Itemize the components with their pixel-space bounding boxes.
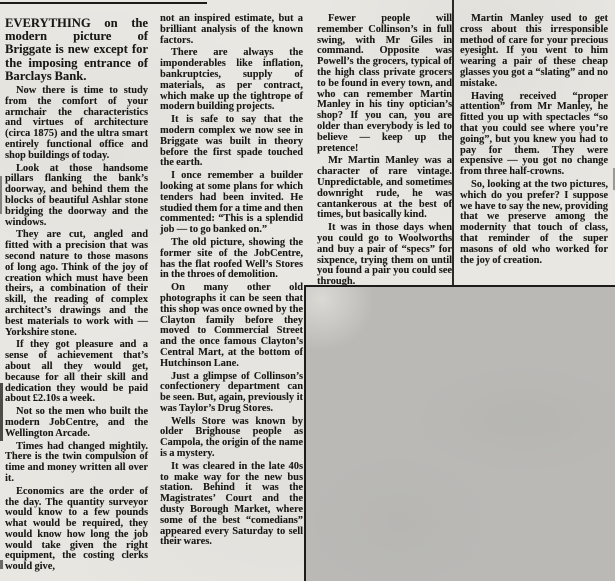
paragraph: On many other old photographs it can be … [160, 283, 303, 369]
lead-paragraph: EVERYTHING on the modern picture of Brig… [5, 17, 148, 83]
top-rule [0, 2, 207, 4]
paragraph: Not so the men who built the modern JobC… [5, 407, 148, 439]
paragraph: There are always the imponderables like … [160, 48, 303, 113]
column-divider-rule [452, 0, 454, 285]
paragraph: Just a glimpse of Collinson’s confection… [160, 372, 303, 415]
article-column-4: Martin Manley used to get cross about th… [460, 14, 608, 268]
paragraph: Mr Martin Manley was a character of rare… [317, 156, 452, 221]
scan-artifact [0, 560, 3, 569]
paragraph: If they got pleasure and a sense of achi… [5, 340, 148, 405]
paragraph: The old picture, showing the former site… [160, 238, 303, 281]
scan-artifact [0, 176, 2, 214]
paragraph: It is safe to say that the modern comple… [160, 115, 303, 169]
article-column-2: not an inspired estimate, but a brillian… [160, 14, 303, 550]
paragraph: Economics are the order of the day. The … [5, 487, 148, 573]
article-column-1: EVERYTHING on the modern picture of Brig… [5, 17, 148, 575]
newspaper-clipping: EVERYTHING on the modern picture of Brig… [0, 0, 615, 581]
paragraph: Times had changed mightily. There is the… [5, 442, 148, 485]
paragraph: It was in those days when you could go t… [317, 223, 452, 288]
paragraph: So, looking at the two pictures, which d… [460, 180, 608, 266]
paragraph: Wells Store was known by older Brighouse… [160, 417, 303, 460]
paragraph: Now there is time to study from the comf… [5, 86, 148, 162]
paragraph: Having received “proper attention” from … [460, 92, 608, 178]
scan-artifact [0, 383, 3, 441]
paragraph-continuation: not an inspired estimate, but a brillian… [160, 14, 303, 46]
paragraph: Martin Manley used to get cross about th… [460, 14, 608, 90]
paragraph: They are cut, angled and fitted with a p… [5, 230, 148, 338]
paragraph: Fewer people will remember Collinson’s i… [317, 14, 452, 154]
paragraph: Look at those handsome pillars flanking … [5, 164, 148, 229]
paragraph: I once remember a builder looking at som… [160, 171, 303, 236]
paragraph: It was cleared in the late 40s to make w… [160, 462, 303, 548]
article-column-3: Fewer people will remember Collinson’s i… [317, 14, 452, 290]
blank-photo-block [304, 285, 615, 581]
